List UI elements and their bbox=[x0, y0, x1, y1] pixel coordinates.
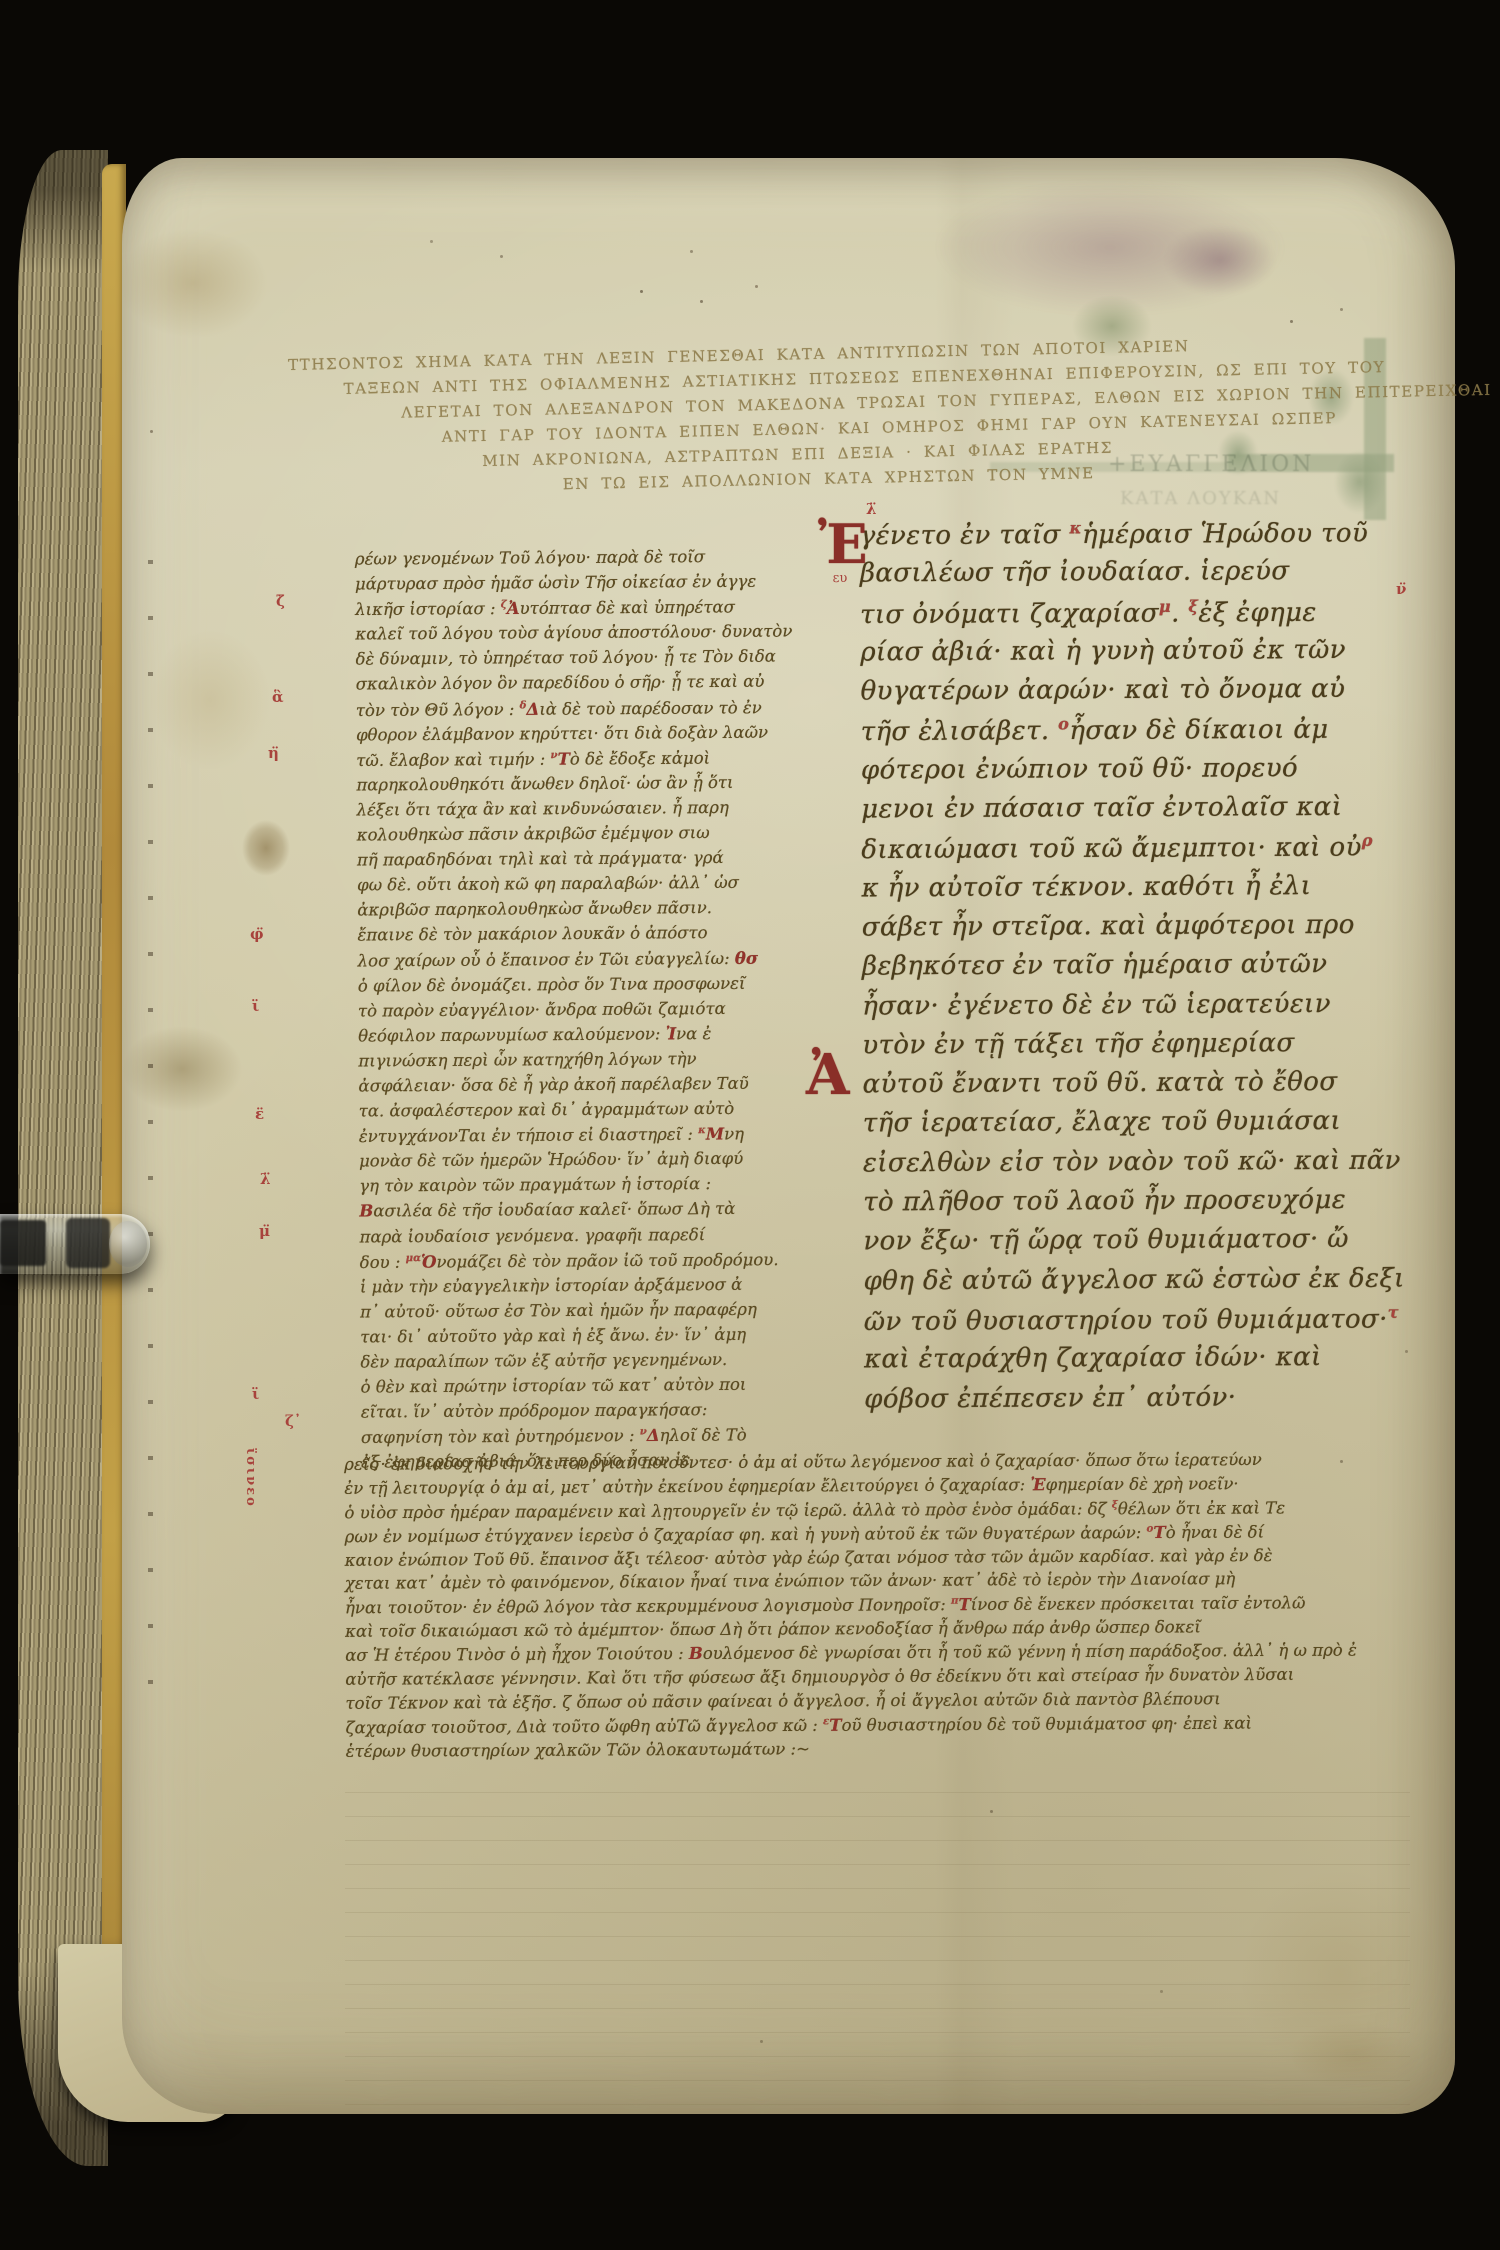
text-line: μονὰσ δὲ τῶν ἡμερῶν Ἡρώδου· ἵν᾽ ἀμὴ διαφ… bbox=[359, 1149, 789, 1177]
text-line: τα. ἀσφαλέστερον καὶ δι᾽ ἀγραμμάτων αὐτὸ bbox=[359, 1099, 789, 1127]
rubric-initial: Ὁ bbox=[421, 1252, 437, 1271]
text-line: νον ἔξω· τῇ ὥρᾳ τοῦ θυμιάματοσ· ὤ bbox=[863, 1224, 1413, 1266]
rubric-initial: Δ bbox=[526, 699, 539, 718]
text-line: φθορον ἐλάμβανον κηρύττει· ὅτι διὰ δοξὰν… bbox=[356, 722, 786, 750]
bottom-commentary-block: ρεῖσ· ἐκ διαδοχῆσ τὴν λειτουργίαν ποιοῦν… bbox=[344, 1449, 1414, 1765]
text-line: βασιλέωσ τῆσ ἰουδαίασ. ἱερεύσ bbox=[860, 556, 1410, 598]
text-line: ἀσφάλειαν· ὅσα δὲ ἦ γὰρ ἀκοῆ παρέλαβεν Τ… bbox=[358, 1073, 788, 1101]
initial-epsilon-rubric: ευ bbox=[832, 572, 848, 585]
marginal-rubric: ϊ bbox=[252, 997, 259, 1015]
text-line: σάβετ ἦν στεῖρα. καὶ ἀμφότεροι προ bbox=[862, 910, 1412, 952]
ruling-lines bbox=[345, 1792, 1410, 2112]
rubric-mark: ξ bbox=[1188, 596, 1198, 615]
rubric-initial: Δ bbox=[647, 1426, 660, 1445]
text-line: φθη δὲ αὐτῶ ἄγγελοσ κῶ ἑστὼσ ἐκ δεξι bbox=[864, 1263, 1414, 1305]
rubric-mark: μ bbox=[1159, 596, 1171, 615]
glass-clamp-tip bbox=[109, 1221, 147, 1267]
ink-speckles bbox=[640, 290, 643, 293]
rubric-initial: Ἀ bbox=[507, 599, 520, 618]
text-line: καὶ ἐταράχθη ζαχαρίασ ἰδών· καὶ bbox=[864, 1342, 1414, 1384]
page-stack-edge bbox=[18, 150, 108, 2166]
rubric-initial: Ἐ bbox=[1030, 1475, 1045, 1494]
text-line: αὐτοῦ ἔναντι τοῦ θῦ. κατὰ τὸ ἔθοσ bbox=[863, 1067, 1413, 1109]
rubric-mark: ρ bbox=[1362, 831, 1373, 850]
text-line: ἔπαινε δὲ τὸν μακάριον λουκᾶν ὁ ἀπόστο bbox=[357, 923, 787, 951]
rubric-mark: π bbox=[951, 1595, 959, 1607]
text-line: θυγατέρων ἀαρών· καὶ τὸ ὄνομα αὐ bbox=[860, 674, 1410, 716]
rubric-initial: Τ bbox=[558, 749, 570, 768]
text-line: παρὰ ἰουδαίοισ γενόμενα. γραφῆι παρεδί bbox=[359, 1224, 789, 1252]
text-line: μενοι ἐν πάσαισ ταῖσ ἐντολαῖσ καὶ bbox=[861, 792, 1411, 834]
text-line: ἐντυγχάνονΤαι ἐν τήποισ εἰ διαστηρεῖ : κ… bbox=[359, 1124, 789, 1152]
text-line: δὲ δύναμιν, τὸ ὑπηρέτασ τοῦ λόγου· ᾗ τε … bbox=[355, 647, 785, 675]
text-line: ἱ μὰν τὴν εὐαγγελικὴν ἱστορίαν ἀρξάμενοσ… bbox=[360, 1274, 790, 1302]
left-commentary-column: ρέων γενομένων Τοῦ λόγου· παρὰ δὲ τοῖσμά… bbox=[355, 547, 791, 1478]
text-line: τισ ὀνόματι ζαχαρίασμ. ξἐξ ἐφημε bbox=[860, 595, 1410, 637]
text-line: λοσ χαίρων οὗ ὁ ἔπαινοσ ἐν Τῶι εὐαγγελίω… bbox=[358, 948, 788, 976]
rubric-mark: μα bbox=[406, 1252, 421, 1264]
rubric-initial: Β bbox=[359, 1202, 373, 1221]
text-line: εῖται. ἵν᾽ αὐτὸν πρόδρομον παραγκήσασ: bbox=[361, 1400, 791, 1428]
text-line: πῆ παραδηδόναι τηλὶ καὶ τὰ πράγματα· γρά bbox=[357, 848, 787, 876]
text-line: καλεῖ τοῦ λόγου τοὺσ ἁγίουσ ἀποστόλουσ· … bbox=[355, 622, 785, 650]
text-line: θεόφιλον παρωνυμίωσ καλούμενον: Ἰνα ἐ bbox=[358, 1023, 788, 1051]
glass-clamp-shadow bbox=[0, 1220, 46, 1266]
text-line: ὁ φίλον δὲ ὀνομάζει. πρὸσ ὅν Τινα προσφω… bbox=[358, 973, 788, 1001]
marginal-rubric: ν̈ bbox=[1396, 580, 1406, 598]
text-line: ρίασ ἀβιά· καὶ ἡ γυνὴ αὐτοῦ ἐκ τῶν bbox=[860, 634, 1410, 676]
text-line: τῆσ ἐλισάβετ. οἦσαν δὲ δίκαιοι ἀμ bbox=[861, 713, 1411, 755]
rubric-mark: κ bbox=[1069, 518, 1082, 537]
rubric-mark: ν bbox=[640, 1426, 647, 1438]
text-line: φότεροι ἐνώπιον τοῦ θῦ· πορευό bbox=[861, 752, 1411, 794]
text-line: σκαλικὸν λόγον ὃν παρεδίδου ὁ σῆρ· ᾗ τε … bbox=[356, 672, 786, 700]
text-line: Βασιλέα δὲ τῆσ ἰουδαίασ καλεῖ· ὅπωσ Δὴ τ… bbox=[359, 1199, 789, 1227]
marginal-rubric: λ̈ bbox=[260, 1170, 271, 1188]
initial-alpha: Ἀ bbox=[806, 1042, 849, 1108]
marginal-rubric: η̈ bbox=[268, 744, 279, 762]
text-line: τὸ πλῆθοσ τοῦ λαοῦ ἦν προσευχόμε bbox=[863, 1185, 1413, 1227]
text-line: βεβηκότεσ ἐν ταῖσ ἡμέραισ αὐτῶν bbox=[862, 949, 1412, 991]
text-line: δικαιώμασι τοῦ κῶ ἄμεμπτοι· καὶ οὐρ bbox=[861, 831, 1411, 873]
text-line: τὸ παρὸν εὐαγγέλιον· ἄνδρα ποθῶι ζαμιότα bbox=[358, 998, 788, 1026]
text-line: μάρτυρασ πρὸσ ἡμᾶσ ὡσὶν Τῆσ οἰκείασ ἐν ἀ… bbox=[355, 572, 785, 600]
right-gospel-column: γένετο ἐν ταῖσ κἡμέραισ Ἡρώδου τοῦβασιλέ… bbox=[860, 517, 1415, 1424]
pricking-dots bbox=[148, 560, 153, 1710]
glass-clamp bbox=[0, 1214, 150, 1274]
text-line: τὸν τὸν Θῦ λόγον : δΔιὰ δὲ τοὺ παρέδοσαν… bbox=[356, 697, 786, 725]
text-line: σαφηνίση τὸν καὶ ῥυτηρόμενον : νΔηλοῖ δὲ… bbox=[361, 1425, 791, 1453]
initial-epsilon: Ἐ bbox=[818, 512, 868, 576]
rubric-initial: Τ bbox=[1153, 1523, 1165, 1542]
marginal-rubric: ζ᾽ bbox=[285, 1412, 301, 1430]
text-line: τῆσ ἱερατείασ, ἔλαχε τοῦ θυμιάσαι bbox=[863, 1106, 1413, 1148]
text-line: φόβοσ ἐπέπεσεν ἐπ᾽ αὐτόν· bbox=[864, 1381, 1414, 1423]
marginal-rubric: φ̈ bbox=[250, 925, 264, 943]
text-line: τῶ. ἔλαβον καὶ τιμήν : νΤὸ δὲ ἔδοξε κἀμο… bbox=[356, 747, 786, 775]
text-line: παρηκολουθηκότι ἄνωθεν δηλοῖ· ὡσ ἂν ᾗ ὅτ… bbox=[356, 772, 786, 800]
marginal-rubric: ἃ bbox=[272, 688, 284, 706]
text-line: ὁ θὲν καὶ πρώτην ἱστορίαν τῶ κατ᾽ αὐτὸν … bbox=[361, 1375, 791, 1403]
marginal-rubric: μ̈ bbox=[259, 1222, 270, 1240]
text-line: υτὸν ἐν τῇ τάξει τῆσ ἐφημερίασ bbox=[862, 1027, 1412, 1069]
uncial-colophon-block: ΤΤΗΣΟΝΤΟΣ ΧΗΜΑ ΚΑΤΑ ΤΗΝ ΛΕΞΙΝ ΓΕΝΕΣΘΑΙ Κ… bbox=[288, 331, 1494, 506]
rubric-initial: Β bbox=[689, 1644, 703, 1663]
text-line: κ ἦν αὐτοῖσ τέκνον. καθότι ἦ ἐλι bbox=[861, 870, 1411, 912]
showthrough-subtitle: ΚΑΤΑ ΛΟΥΚΑΝ bbox=[1120, 488, 1281, 509]
text-line: π᾽ αὐτοῦ· οὕτωσ ἐσ Τὸν καὶ ἡμῶν ἦν παραφ… bbox=[360, 1299, 790, 1327]
text-line: εἰσελθὼν εἰσ τὸν ναὸν τοῦ κῶ· καὶ πᾶν bbox=[863, 1145, 1413, 1187]
text-line: δου : μαὉνομάζει δὲ τὸν πρᾶον ἰῶ τοῦ προ… bbox=[360, 1249, 790, 1277]
text-line: ρέων γενομένων Τοῦ λόγου· παρὰ δὲ τοῖσ bbox=[355, 547, 785, 575]
text-line: κολουθηκὼσ πᾶσιν ἀκριβῶσ ἐμέμψον σιω bbox=[357, 823, 787, 851]
marginal-rubric: ϊ bbox=[252, 1385, 259, 1403]
marginal-rubric: ϊσινεο bbox=[243, 1448, 258, 1508]
text-line: γη τὸν καιρὸν τῶν πραγμάτων ἡ ἱστορία : bbox=[359, 1174, 789, 1202]
text-line: ῶν τοῦ θυσιαστηρίου τοῦ θυμιάματοσ·τ bbox=[864, 1302, 1414, 1344]
text-line: γένετο ἐν ταῖσ κἡμέραισ Ἡρώδου τοῦ bbox=[860, 517, 1410, 559]
text-line: δὲν παραλίπων τῶν ἐξ αὐτῆσ γεγενημένων. bbox=[360, 1349, 790, 1377]
text-line: φω δὲ. οὔτι ἀκοὴ κῶ φη παραλαβών· ἀλλ᾽ ὡ… bbox=[357, 873, 787, 901]
text-line: ται· δι᾽ αὐτοῦτο γὰρ καὶ ἡ ἐξ ἄνω. ἐν· ἵ… bbox=[360, 1324, 790, 1352]
glass-clamp-shadow bbox=[66, 1218, 110, 1268]
rubric-mark: ο bbox=[1058, 715, 1069, 734]
text-line: λέξει ὅτι τάχα ἂν καὶ κινδυνώσαιεν. ἦ πα… bbox=[357, 797, 787, 825]
rubric-initial: Τ bbox=[829, 1715, 841, 1734]
text-line: πιγινώσκη περὶ ὧν κατηχήθη λόγων τὴν bbox=[358, 1048, 788, 1076]
marginal-rubric: ε̈ bbox=[255, 1105, 264, 1123]
rubric-initial: θσ bbox=[735, 948, 758, 967]
marginal-rubric: ζ̈ bbox=[276, 592, 285, 610]
text-line: λικῆσ ἱστορίασ : ζἈυτόπτασ δὲ καὶ ὑπηρέτ… bbox=[355, 597, 785, 625]
rubric-initial: Τ bbox=[958, 1595, 970, 1614]
rubric-mark: τ bbox=[1388, 1303, 1399, 1322]
text-line: ἀκριβῶσ παρηκολουθηκὼσ ἄνωθεν πᾶσιν. bbox=[357, 898, 787, 926]
rubric-mark: ξ bbox=[1112, 1499, 1118, 1511]
manuscript-photo: +ΕΥΑΓΓΕΛΙΟΝ ΚΑΤΑ ΛΟΥΚΑΝ ΤΤΗΣΟΝΤΟΣ ΧΗΜΑ Κ… bbox=[0, 0, 1500, 2250]
rubric-initial: Μ bbox=[706, 1125, 724, 1144]
rubric-mark: κ bbox=[698, 1124, 706, 1136]
marginal-rubric: λ̈ bbox=[866, 500, 877, 518]
rubric-initial: Ἰ bbox=[666, 1024, 677, 1043]
text-line: ἦσαν· ἐγένετο δὲ ἐν τῶ ἱερατεύειν bbox=[862, 988, 1412, 1030]
